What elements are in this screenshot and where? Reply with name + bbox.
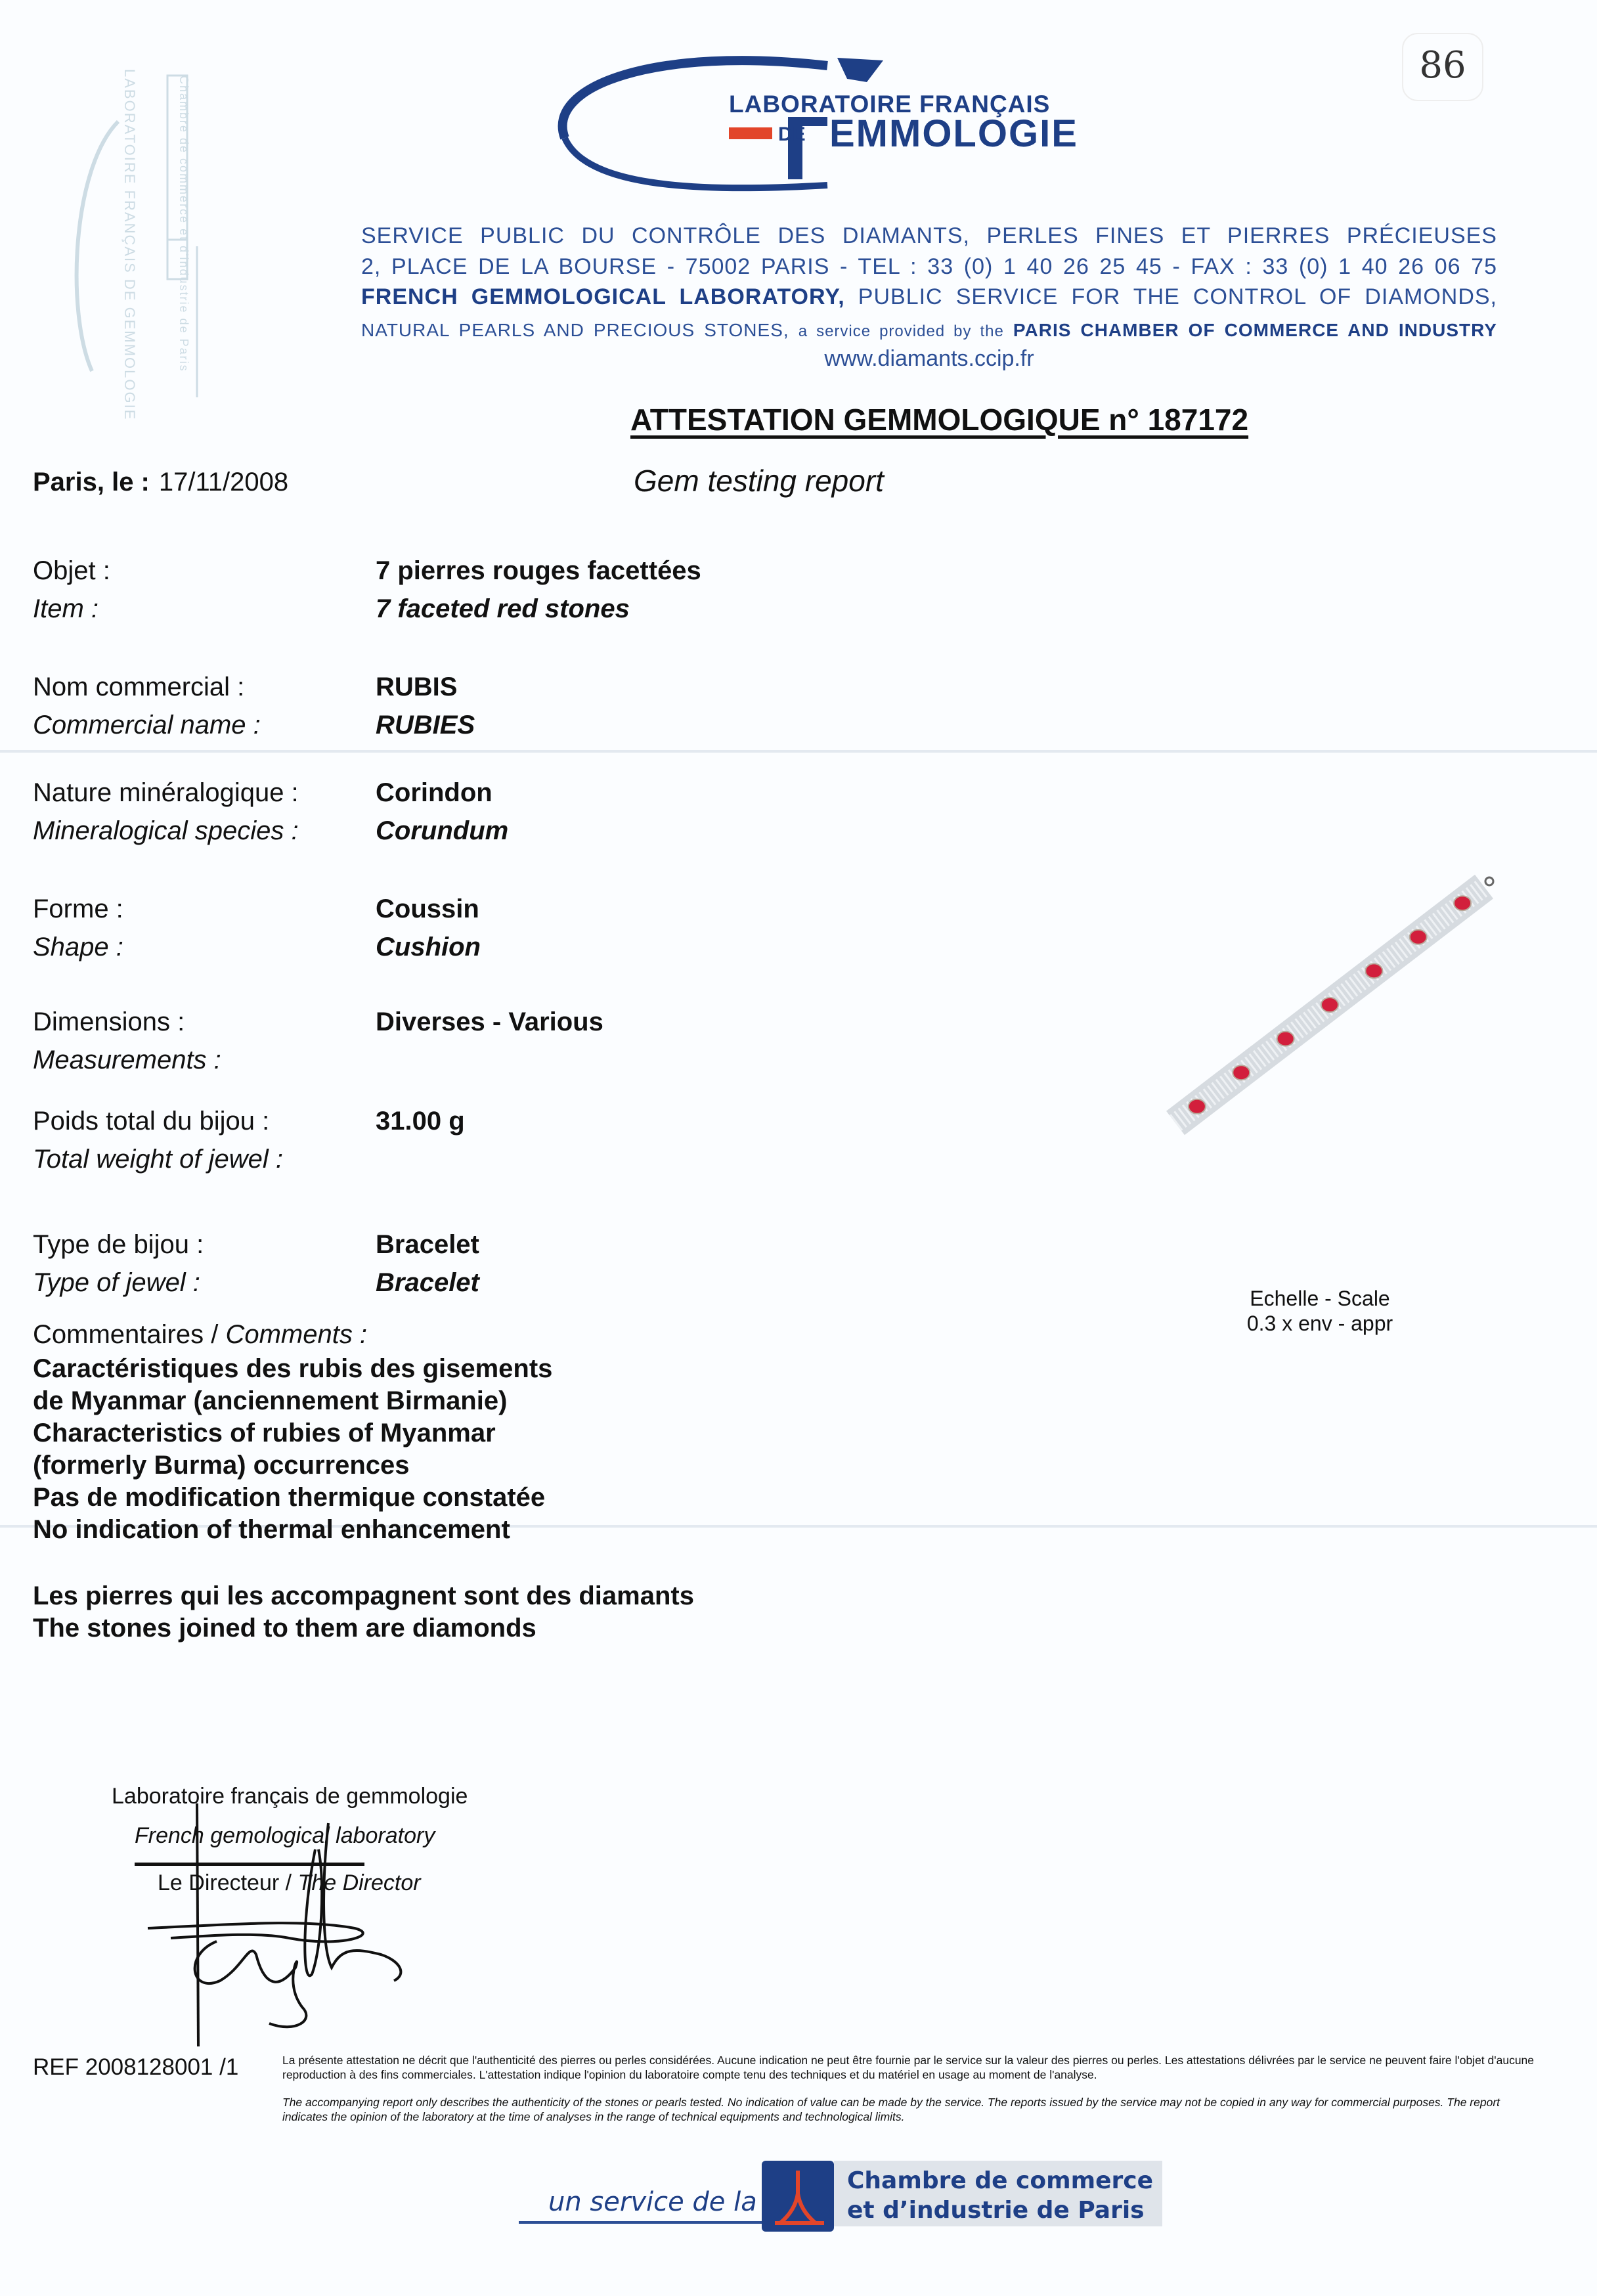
paper-fold-line	[0, 750, 1597, 753]
field-label-en: Item :	[33, 590, 110, 628]
header-line3-bold: FRENCH GEMMOLOGICAL LABORATORY,	[361, 284, 845, 309]
disclaimer-fr: La présente attestation ne décrit que l'…	[282, 2053, 1537, 2082]
date-label: Paris, le :	[33, 468, 150, 497]
cci-logo	[762, 2161, 834, 2232]
field-value-fr: 31.00 g	[376, 1102, 465, 1140]
field-label: Objet :Item :	[33, 552, 110, 628]
date-row: Paris, le :17/11/2008	[33, 468, 288, 497]
comment-line: de Myanmar (anciennement Birmanie)	[33, 1385, 552, 1417]
field-value: CoussinCushion	[376, 890, 481, 966]
field-label-fr: Poids total du bijou :	[33, 1102, 283, 1140]
field-label-en: Shape :	[33, 928, 123, 966]
field-value: 7 pierres rouges facettées7 faceted red …	[376, 552, 701, 628]
header-line4-mid: a service provided by the	[798, 322, 1004, 340]
field-value-fr: RUBIS	[376, 668, 475, 706]
field-label-fr: Type de bijou :	[33, 1225, 204, 1264]
logo-red-bar	[729, 127, 772, 139]
scale-line2: 0.3 x env - appr	[1221, 1311, 1418, 1336]
diamonds-note-en: The stones joined to them are diamonds	[33, 1612, 694, 1645]
field-value-fr: Corindon	[376, 774, 508, 812]
logo-de: DE	[778, 123, 806, 146]
diamonds-note-fr: Les pierres qui les accompagnent sont de…	[33, 1580, 694, 1612]
comments-heading: Commentaires / Comments :	[33, 1320, 367, 1350]
header-line2: 2, PLACE DE LA BOURSE - 75002 PARIS - TE…	[361, 254, 1497, 280]
comments-heading-en: Comments :	[225, 1320, 367, 1349]
header-line1: SERVICE PUBLIC DU CONTRÔLE DES DIAMANTS,…	[361, 223, 1497, 249]
field-value: 31.00 g	[376, 1102, 465, 1140]
comment-line: Characteristics of rubies of Myanmar	[33, 1417, 552, 1449]
field-label-fr: Forme :	[33, 890, 123, 928]
eiffel-tower-icon	[762, 2161, 834, 2232]
field-value: BraceletBracelet	[376, 1225, 479, 1302]
field-label-fr: Objet :	[33, 552, 110, 590]
field-value-fr: Bracelet	[376, 1225, 479, 1264]
footer-underline	[519, 2221, 768, 2224]
header-line4-start: NATURAL PEARLS AND PRECIOUS STONES,	[361, 320, 789, 340]
report-date: 17/11/2008	[159, 468, 288, 497]
field-value-en: Bracelet	[376, 1264, 479, 1302]
field-value-fr: 7 pierres rouges facettées	[376, 552, 701, 590]
field-label-en: Type of jewel :	[33, 1264, 204, 1302]
header-line4: NATURAL PEARLS AND PRECIOUS STONES, a se…	[361, 320, 1497, 341]
field-label-fr: Nom commercial :	[33, 668, 261, 706]
field-label-fr: Dimensions :	[33, 1003, 221, 1041]
cci-line2: et d’industrie de Paris	[847, 2196, 1153, 2225]
bracelet-photo	[1149, 860, 1517, 1136]
header-line3-rest: PUBLIC SERVICE FOR THE CONTROL OF DIAMON…	[858, 284, 1497, 309]
field-value-en: RUBIES	[376, 706, 475, 744]
field-value: RUBISRUBIES	[376, 668, 475, 744]
scale-line1: Echelle - Scale	[1221, 1286, 1418, 1311]
disclaimer-en: The accompanying report only describes t…	[282, 2095, 1537, 2124]
comment-line: Pas de modification thermique constatée	[33, 1482, 552, 1514]
field-label: Poids total du bijou :Total weight of je…	[33, 1102, 283, 1178]
handwritten-number: 86	[1402, 33, 1483, 101]
field-label: Dimensions :Measurements :	[33, 1003, 221, 1079]
logo-line2: EMMOLOGIE	[829, 112, 1078, 156]
field-value: CorindonCorundum	[376, 774, 508, 850]
reference-number: REF 2008128001 /1	[33, 2054, 238, 2081]
header-url[interactable]: www.diamants.ccip.fr	[361, 346, 1497, 372]
comment-line: Caractéristiques des rubis des gisements	[33, 1353, 552, 1385]
field-label-en: Total weight of jewel :	[33, 1140, 283, 1178]
footer-service-label: un service de la	[548, 2187, 757, 2217]
seal-lab-text: LABORATOIRE FRANÇAIS DE GEMMOLOGIE	[121, 69, 138, 420]
field-label-en: Mineralogical species :	[33, 812, 299, 850]
comment-line: (formerly Burma) occurrences	[33, 1449, 552, 1482]
comments-body: Caractéristiques des rubis des gisements…	[33, 1353, 552, 1546]
cci-line1: Chambre de commerce	[847, 2166, 1153, 2196]
comments-heading-fr: Commentaires /	[33, 1320, 218, 1349]
seal-cci-text: Chambre de commerce et d'industrie de Pa…	[177, 76, 190, 372]
field-label-en: Measurements :	[33, 1041, 221, 1079]
field-label: Nature minéralogique :Mineralogical spec…	[33, 774, 299, 850]
cci-name: Chambre de commerce et d’industrie de Pa…	[847, 2166, 1153, 2225]
field-label: Forme :Shape :	[33, 890, 123, 966]
field-value-en: 7 faceted red stones	[376, 590, 701, 628]
field-value-en: Corundum	[376, 812, 508, 850]
scale-note: Echelle - Scale 0.3 x env - appr	[1221, 1286, 1418, 1336]
header-line3: FRENCH GEMMOLOGICAL LABORATORY, PUBLIC S…	[361, 284, 1497, 310]
handwritten-signature-icon	[105, 1784, 473, 2046]
field-value-en: Cushion	[376, 928, 481, 966]
field-label: Nom commercial :Commercial name :	[33, 668, 261, 744]
diamonds-note: Les pierres qui les accompagnent sont de…	[33, 1580, 694, 1645]
report-title: ATTESTATION GEMMOLOGIQUE n° 187172	[630, 402, 1248, 437]
field-value: Diverses - Various	[376, 1003, 603, 1041]
watermark-seal: LABORATOIRE FRANÇAIS DE GEMMOLOGIE Chamb…	[72, 62, 204, 397]
header-line4-bold: PARIS CHAMBER OF COMMERCE AND INDUSTRY	[1013, 320, 1497, 340]
lfg-logo: LABORATOIRE FRANÇAIS DE EMMOLOGIE	[538, 46, 1313, 197]
field-label-en: Commercial name :	[33, 706, 261, 744]
bracelet-icon	[1149, 860, 1517, 1136]
field-label-fr: Nature minéralogique :	[33, 774, 299, 812]
comment-line: No indication of thermal enhancement	[33, 1514, 552, 1546]
field-value-fr: Diverses - Various	[376, 1003, 603, 1041]
field-label: Type de bijou :Type of jewel :	[33, 1225, 204, 1302]
field-value-fr: Coussin	[376, 890, 481, 928]
report-subtitle: Gem testing report	[634, 463, 884, 498]
